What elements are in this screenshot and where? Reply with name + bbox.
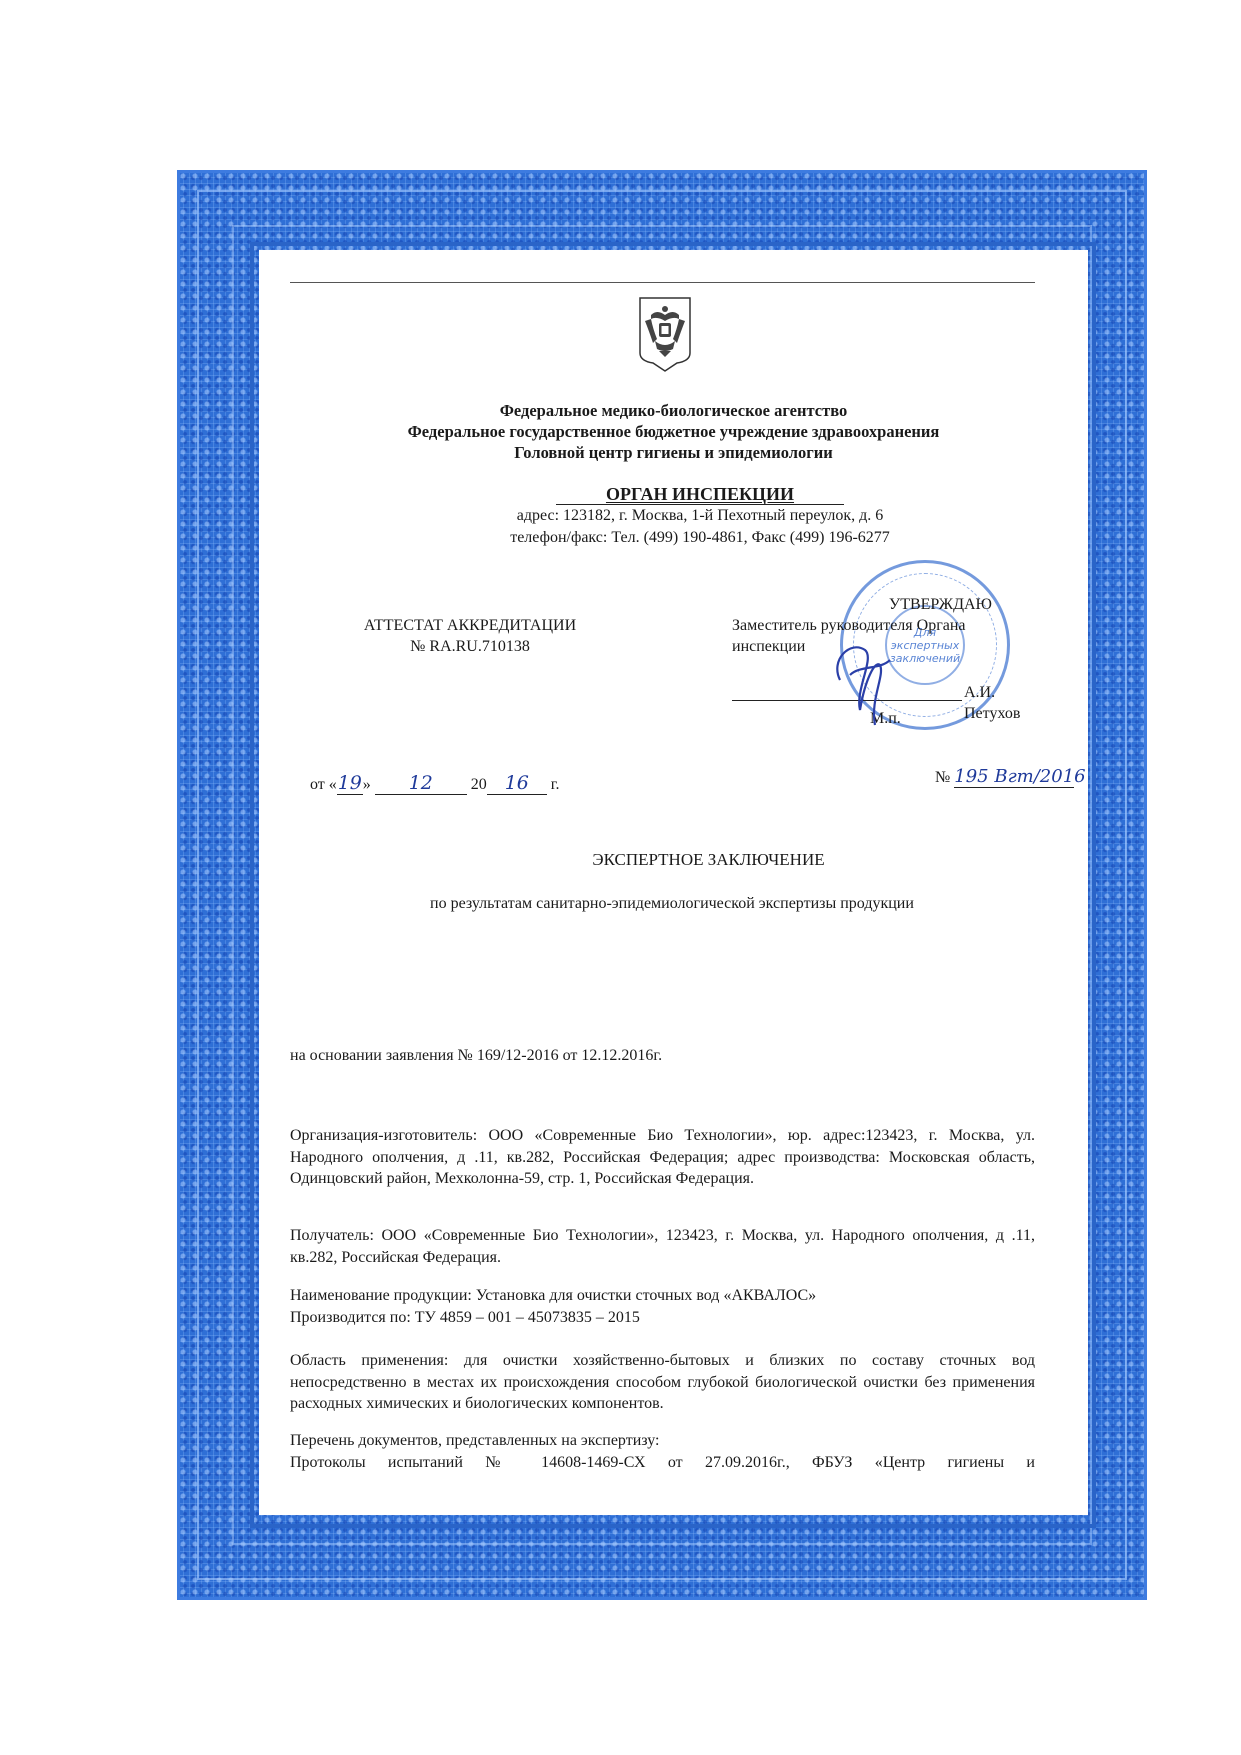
document-title: ЭКСПЕРТНОЕ ЗАКЛЮЧЕНИЕ <box>259 850 1088 870</box>
issue-month: 12 <box>375 772 467 795</box>
conclusion-number-value: 195 Вгт/2016 <box>954 766 1074 788</box>
organization-header: Федеральное медико-биологическое агентст… <box>259 400 1088 463</box>
documents-line: Протоколы испытаний № 14608-1469-СХ от 2… <box>290 1452 1035 1474</box>
org-line-center: Головной центр гигиены и эпидемиологии <box>259 442 1088 463</box>
org-line-agency: Федеральное медико-биологическое агентст… <box>259 400 1088 421</box>
product-block: Наименование продукции: Установка для оч… <box>290 1285 1035 1328</box>
documents-block: Перечень документов, представленных на э… <box>290 1430 1035 1473</box>
coat-of-arms-icon <box>637 295 693 373</box>
accreditation-block: АТТЕСТАТ АККРЕДИТАЦИИ № RA.RU.710138 <box>330 615 610 657</box>
inspection-address: адрес: 123182, г. Москва, 1-й Пехотный п… <box>450 505 950 527</box>
accreditation-number: № RA.RU.710138 <box>330 636 610 657</box>
inspection-body-title: ОРГАН ИНСПЕКЦИИ <box>556 484 844 505</box>
issue-year: 16 <box>487 772 547 795</box>
seal-mark: М.п. <box>870 708 901 729</box>
conclusion-number: № 195 Вгт/2016 <box>935 766 1074 788</box>
approver-position-line2: инспекции <box>732 636 1052 657</box>
product-standard: Производится по: ТУ 4859 – 001 – 4507383… <box>290 1307 1035 1329</box>
inspection-body-block: ОРГАН ИНСПЕКЦИИ адрес: 123182, г. Москва… <box>450 484 950 549</box>
documents-heading: Перечень документов, представленных на э… <box>290 1430 1035 1452</box>
accreditation-title: АТТЕСТАТ АККРЕДИТАЦИИ <box>330 615 610 636</box>
signature-line <box>732 700 962 701</box>
product-name: Наименование продукции: Установка для оч… <box>290 1285 1035 1307</box>
document-subtitle: по результатам санитарно-эпидемиологичес… <box>430 895 914 913</box>
issue-day: 19 <box>337 772 363 795</box>
org-line-institution: Федеральное государственное бюджетное уч… <box>259 421 1088 442</box>
approver-name: А.И. Петухов <box>964 682 1052 724</box>
header-rule <box>290 282 1035 283</box>
approval-block: УТВЕРЖДАЮ Заместитель руководителя Орган… <box>732 594 1052 657</box>
manufacturer-paragraph: Организация-изготовитель: ООО «Современн… <box>290 1125 1035 1190</box>
application-basis: на основании заявления № 169/12-2016 от … <box>290 1045 1035 1067</box>
issue-date: от «19» 12 2016 г. <box>310 772 560 795</box>
scope-paragraph: Область применения: для очистки хозяйств… <box>290 1350 1035 1415</box>
inspection-phone-fax: телефон/факс: Тел. (499) 190-4861, Факс … <box>450 527 950 549</box>
approval-heading: УТВЕРЖДАЮ <box>732 594 1052 615</box>
approver-position-line1: Заместитель руководителя Органа <box>732 615 1052 636</box>
recipient-paragraph: Получатель: ООО «Современные Био Техноло… <box>290 1225 1035 1268</box>
